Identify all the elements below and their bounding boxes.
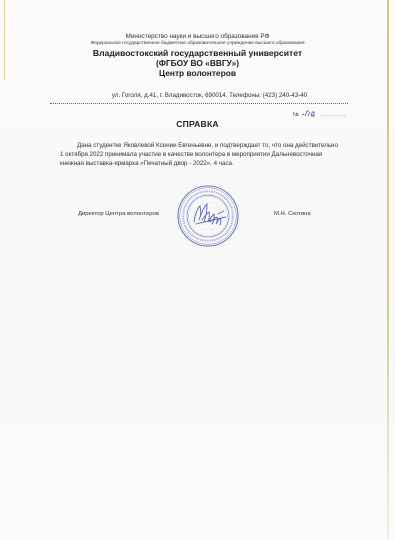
document-number: № .............	[293, 109, 346, 118]
address-line: ул. Гоголя, д.41, г. Владивосток, 690014…	[0, 92, 395, 99]
round-seal-stamp-icon	[176, 184, 240, 248]
document-page: Министерство науки и высшего образования…	[0, 0, 395, 540]
header-separator	[50, 103, 348, 104]
number-dots: .............	[321, 112, 346, 118]
body-paragraph: Дана студентке Яковлевой Ксении Евгеньев…	[60, 142, 338, 167]
page-edge-right	[387, 0, 389, 540]
document-title: СПРАВКА	[0, 119, 395, 129]
number-prefix: №	[293, 112, 299, 118]
handwritten-number-icon	[301, 109, 319, 118]
department-name: Центр волонтеров	[0, 69, 395, 79]
document-body: Дана студентке Яковлевой Ксении Евгеньев…	[60, 141, 338, 169]
signatory-role: Директор Центра волонтеров	[78, 211, 159, 217]
university-abbreviation: (ФГБОУ ВО «ВВГУ»)	[0, 59, 395, 69]
university-name: Владивостокский государственный универси…	[0, 49, 395, 59]
signatory-name: М.Н. Скотина	[274, 211, 311, 217]
letterhead: Министерство науки и высшего образования…	[0, 34, 395, 79]
